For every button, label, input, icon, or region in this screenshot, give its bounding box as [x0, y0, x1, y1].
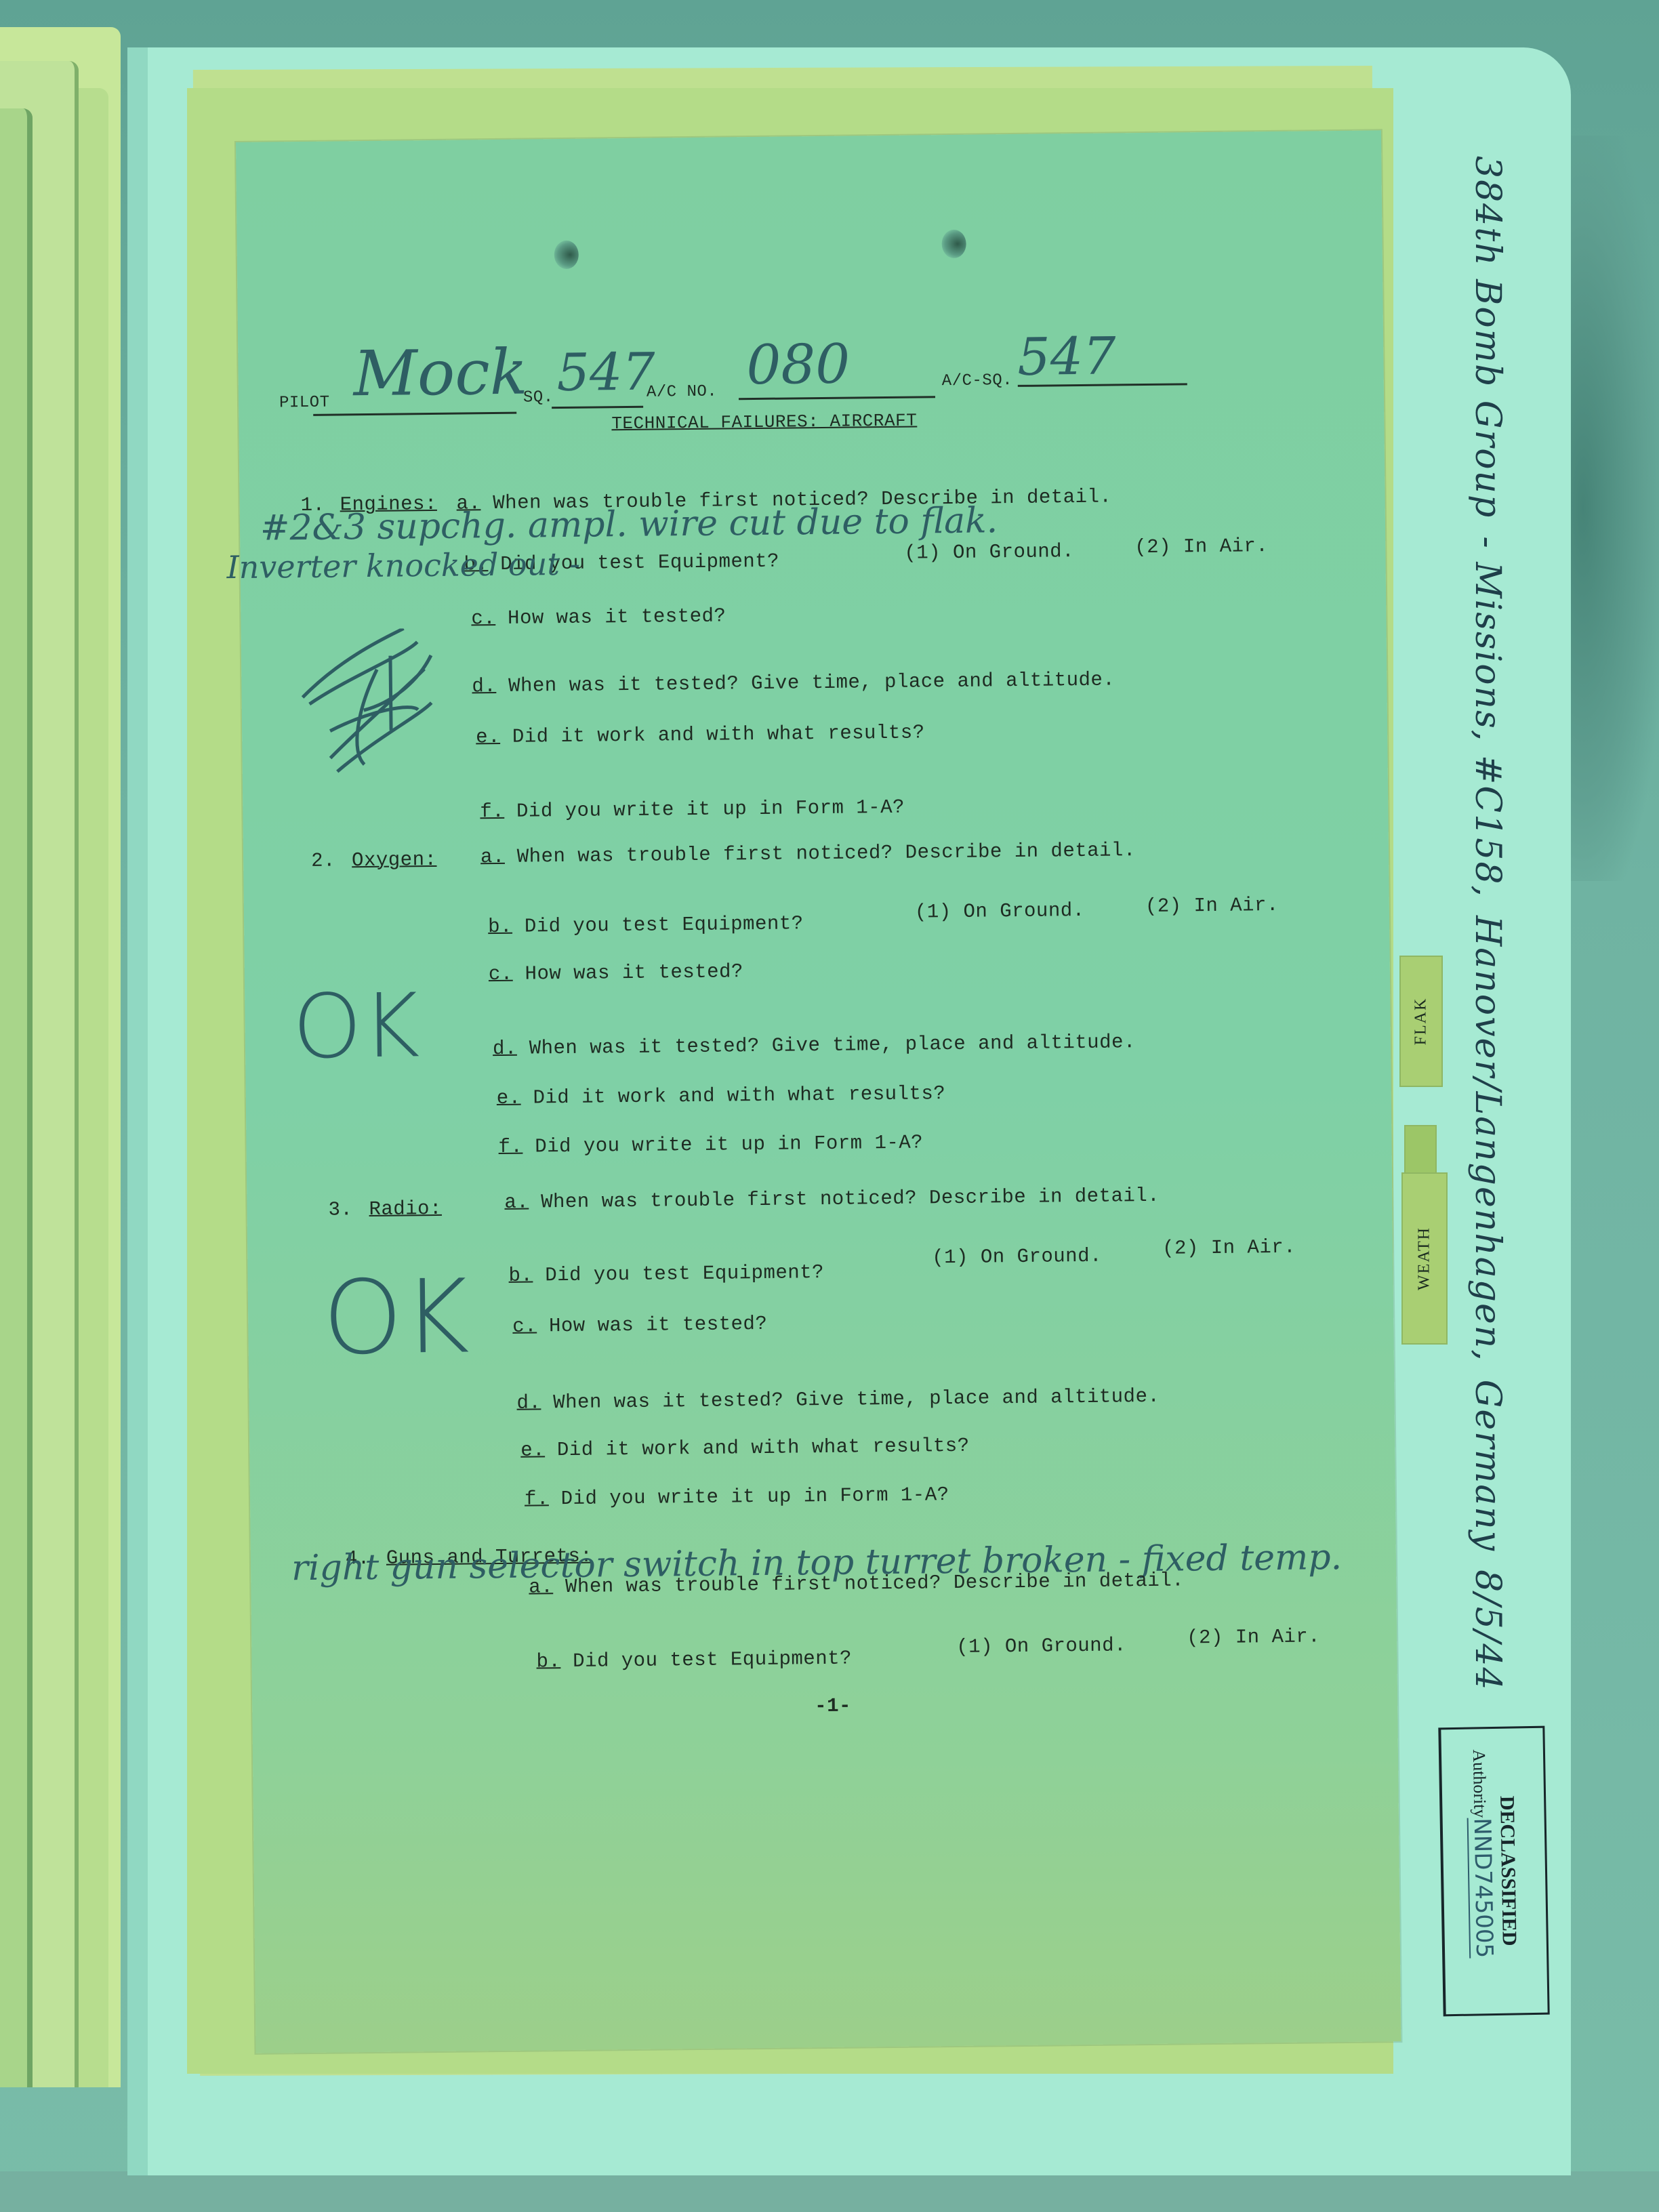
question: a. When was trouble first noticed? Descr… — [504, 1185, 1160, 1214]
section-title-radio: Radio: — [369, 1197, 442, 1221]
left-page-stack — [0, 14, 136, 2087]
radio-ok-mark: OK — [322, 1258, 470, 1377]
folder-margin-note: 384th Bomb Group- Missions, #C158,Hanove… — [1467, 156, 1508, 1709]
divider-tab-flak[interactable]: FLAK — [1399, 956, 1443, 1087]
question: d. When was it tested? Give time, place … — [493, 1031, 1136, 1060]
section-title-oxygen: Oxygen: — [352, 848, 437, 872]
page-number: -1- — [815, 1695, 851, 1718]
authority-number: NND745005 — [1467, 1818, 1498, 1959]
question: e. Did it work and with what results? — [497, 1082, 946, 1109]
engines-note: #2&3 supchg. ampl. wire cut due to flak. — [260, 500, 998, 548]
option-in-air: (2) In Air. — [1162, 1236, 1296, 1260]
engines-note-2: Inverter knocked out - — [226, 546, 580, 586]
form-title: TECHNICAL FAILURES: AIRCRAFT — [611, 410, 917, 434]
section-number: 3. — [328, 1198, 352, 1221]
document-page: PILOT Mock SQ. 547 A/C NO. 080 A/C-SQ. 5… — [236, 130, 1401, 2053]
question: e. Did it work and with what results? — [476, 721, 925, 748]
folder-fold — [127, 47, 148, 2175]
question: d. When was it tested? Give time, place … — [472, 668, 1115, 697]
question: f. Did you write it up in Form 1-A? — [498, 1131, 923, 1158]
ac-no-label: A/C NO. — [647, 383, 718, 402]
question: c. How was it tested? — [489, 960, 743, 985]
question: b. Did you test Equipment? — [536, 1647, 852, 1673]
option-on-ground: (1) On Ground. — [956, 1634, 1126, 1658]
option-in-air: (2) In Air. — [1134, 535, 1268, 558]
sq-value: 547 — [556, 342, 655, 403]
sq-label: SQ. — [523, 388, 554, 407]
punch-hole — [941, 230, 966, 258]
question: b. Did you test Equipment? — [488, 912, 804, 938]
option-on-ground: (1) On Ground. — [915, 899, 1085, 924]
pilot-value: Mock — [353, 336, 528, 411]
ac-sq-label: A/C-SQ. — [942, 371, 1013, 390]
question: c. How was it tested? — [512, 1313, 767, 1338]
divider-tab-weather[interactable]: WEATH — [1401, 1172, 1448, 1345]
question: f. Did you write it up in Form 1-A? — [480, 796, 905, 823]
oxygen-ok-mark: OK — [292, 974, 420, 1078]
punch-hole — [554, 241, 579, 269]
question: a. When was trouble first noticed? Descr… — [480, 839, 1136, 868]
option-in-air: (2) In Air. — [1187, 1625, 1320, 1649]
section-number: 2. — [311, 850, 335, 872]
question: e. Did it work and with what results? — [520, 1435, 970, 1462]
question: b. Did you test Equipment? — [508, 1261, 824, 1287]
ac-no-value: 080 — [746, 333, 851, 397]
scribble-mark — [289, 628, 453, 779]
ac-sq-value: 547 — [1017, 325, 1116, 387]
declassified-stamp: DECLASSIFIED AuthorityNND745005 — [1438, 1726, 1549, 2017]
pilot-label: PILOT — [279, 394, 330, 413]
option-on-ground: (1) On Ground. — [904, 540, 1074, 565]
option-in-air: (2) In Air. — [1145, 894, 1279, 918]
question: d. When was it tested? Give time, place … — [516, 1385, 1160, 1414]
question: c. How was it tested? — [471, 605, 726, 630]
option-on-ground: (1) On Ground. — [932, 1245, 1102, 1269]
question: f. Did you write it up in Form 1-A? — [525, 1483, 949, 1511]
table-surface — [0, 2171, 1659, 2212]
